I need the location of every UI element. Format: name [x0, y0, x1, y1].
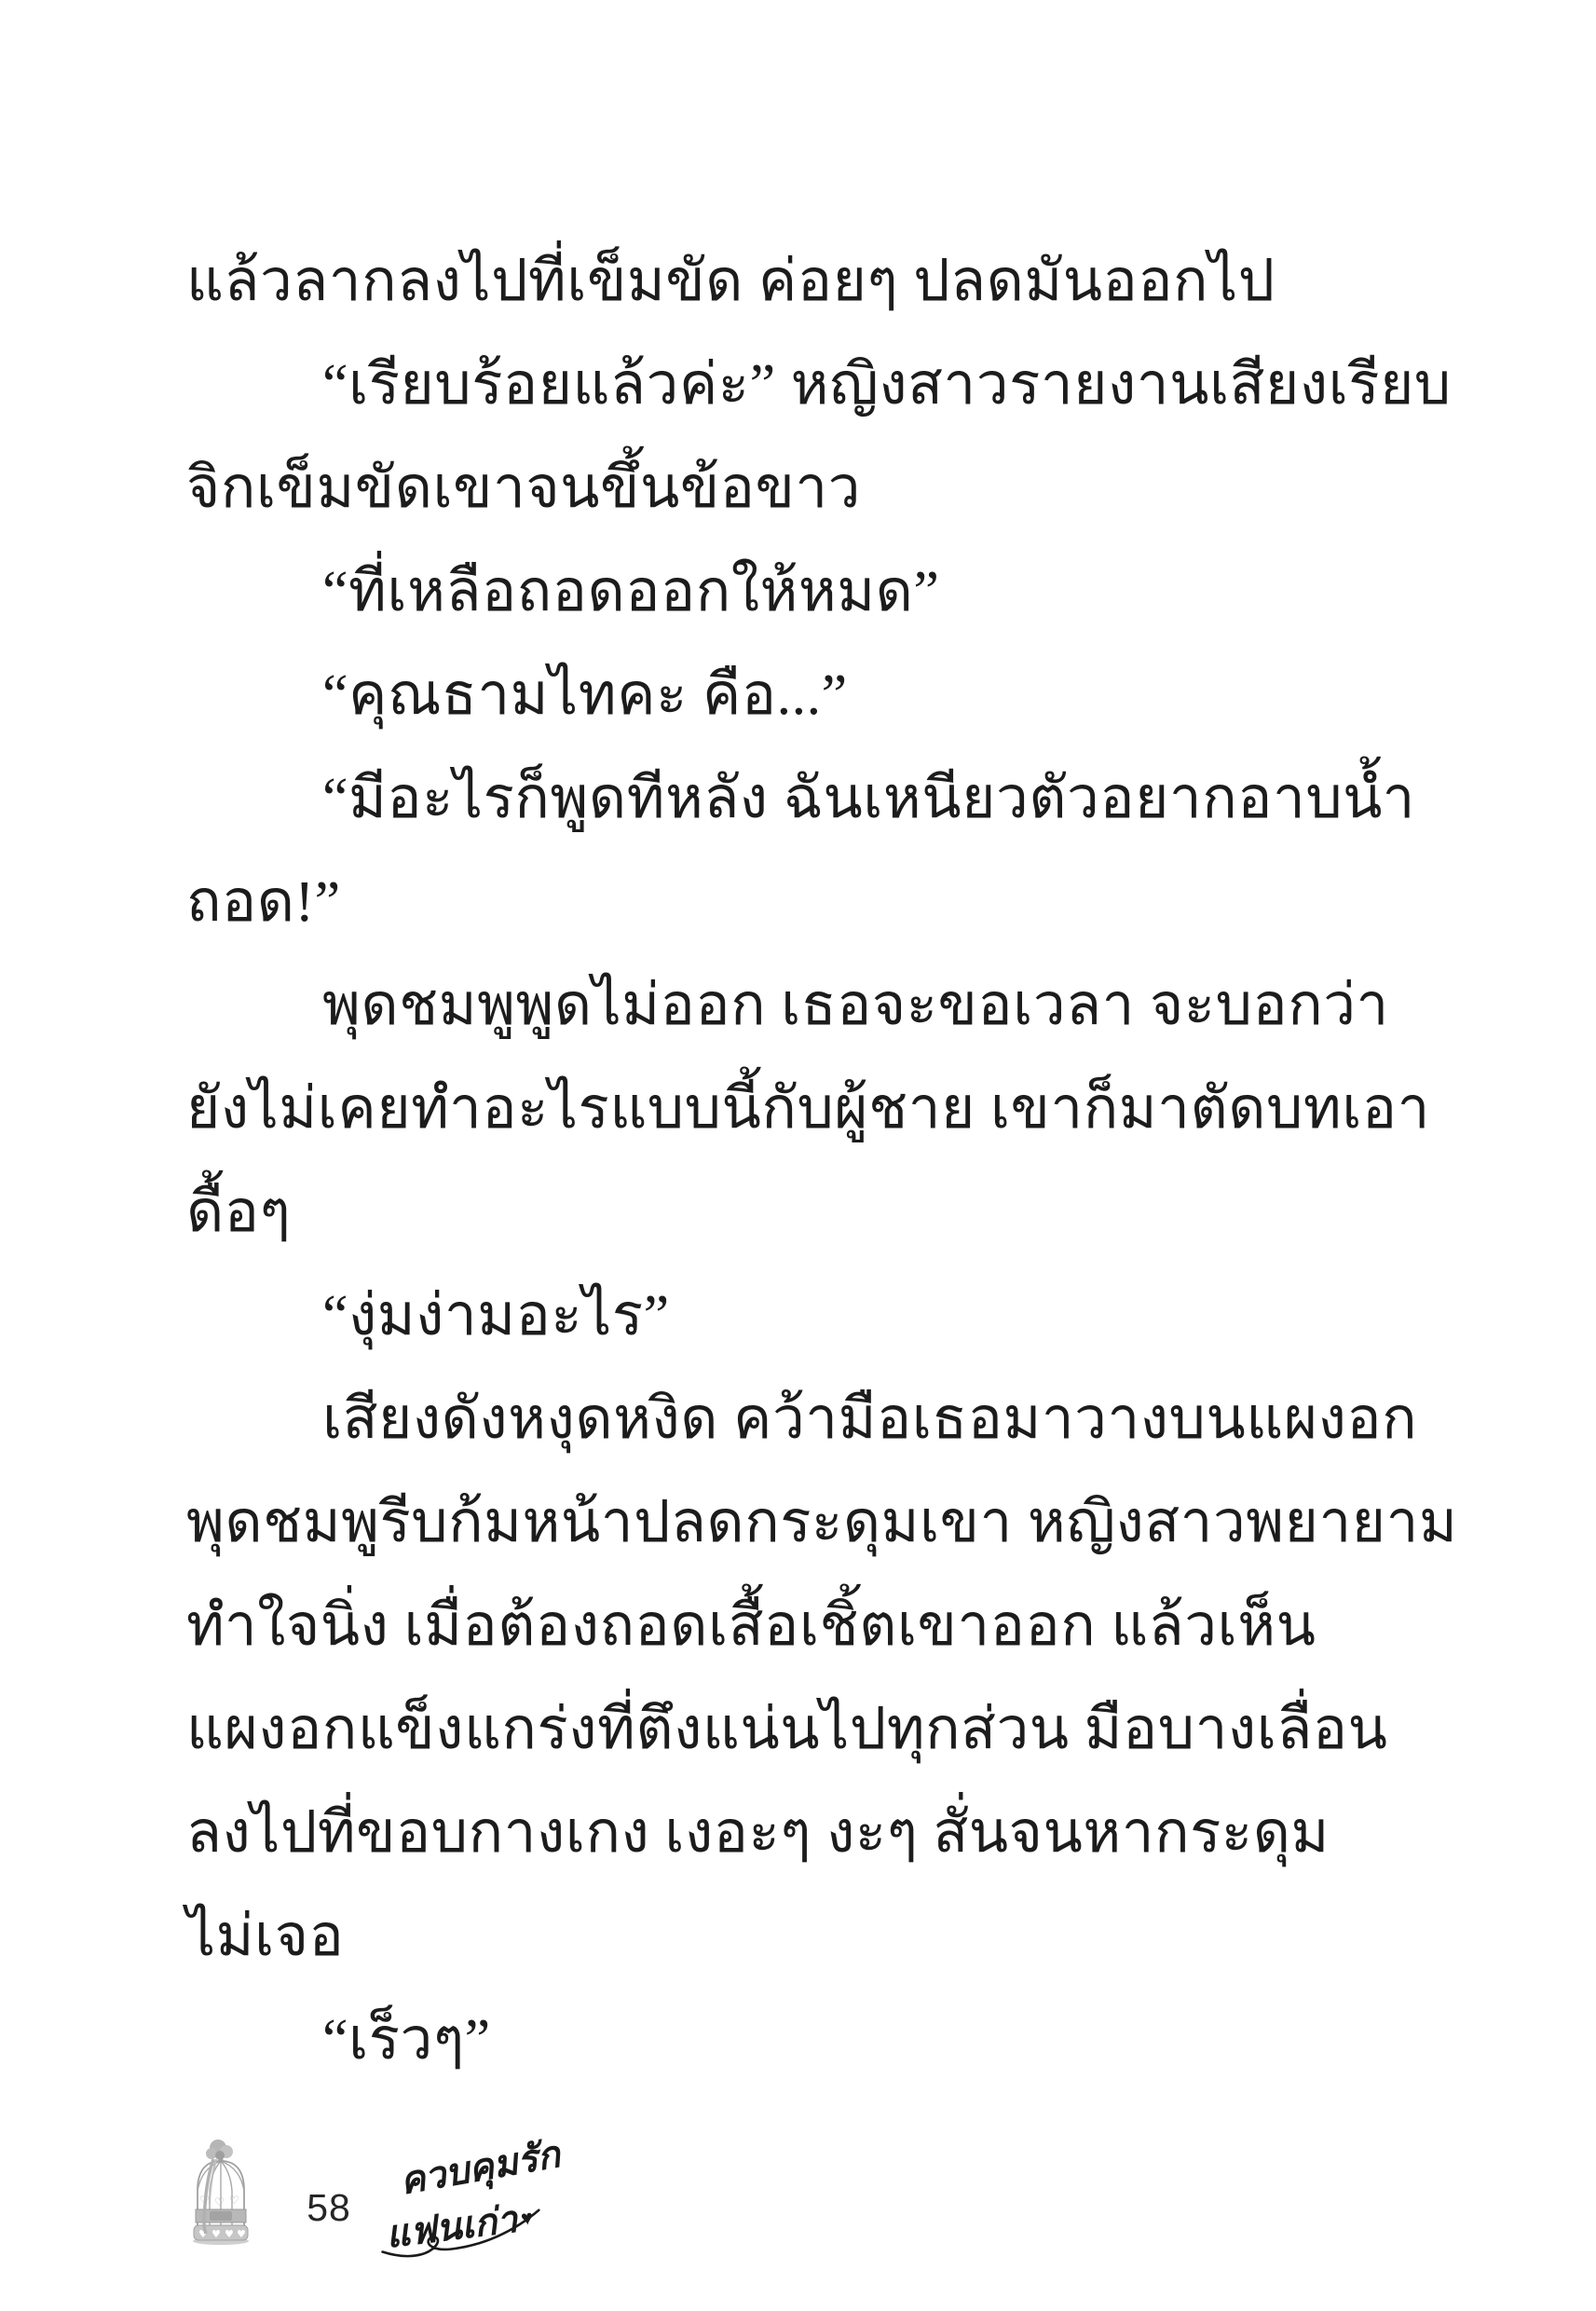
text-line: ทำใจนิ่ง เมื่อต้องถอดเสื้อเชิ้ตเขาออก แล… [186, 1575, 1351, 1678]
svg-text:♥: ♥ [211, 2228, 221, 2240]
text-line: “งุ่มง่ามอะไร” [186, 1265, 1351, 1368]
svg-text:♡: ♡ [229, 2194, 239, 2207]
text-line: ไม่เจอ [186, 1885, 1351, 1989]
book-title-logo: ควบคุมรัก แฟนเก่า♥ [372, 2132, 547, 2263]
text-line: พุดชมพูพูดไม่ออก เธอจะขอเวลา จะบอกว่า [186, 954, 1351, 1058]
text-line: พุดชมพูรีบก้มหน้าปลดกระดุมเขา หญิงสาวพยา… [186, 1471, 1351, 1575]
text-line: “มีอะไรก็พูดทีหลัง ฉันเหนียวตัวอยากอาบน้… [186, 747, 1351, 851]
text-line: ลงไปที่ขอบกางเกง เงอะๆ งะๆ สั่นจนหากระดุ… [186, 1782, 1351, 1885]
svg-text:♥: ♥ [237, 2228, 246, 2240]
birdcage-icon: ♡ ♡ ♡ ♥ ♥ ♥ ♥ [184, 2137, 257, 2247]
text-line: จิกเข็มขัดเขาจนขึ้นข้อขาว [186, 437, 1351, 540]
text-line: ถอด!” [186, 851, 1351, 954]
text-line: แล้วลากลงไปที่เข็มขัด ค่อยๆ ปลดมันออกไป [186, 230, 1351, 334]
text-line: แผงอกแข็งแกร่งที่ตึงแน่นไปทุกส่วน มือบาง… [186, 1678, 1351, 1782]
text-line: “คุณธามไทคะ คือ...” [186, 644, 1351, 747]
text-line: “เร็วๆ” [186, 1989, 1351, 2092]
page-footer: ♡ ♡ ♡ ♥ ♥ ♥ ♥ 58 ควบคุมรัก [0, 2125, 1596, 2274]
page-number: 58 [292, 2186, 366, 2230]
text-line: “เรียบร้อยแล้วค่ะ” หญิงสาวรายงานเสียงเรี… [186, 334, 1351, 437]
text-line: ดื้อๆ [186, 1161, 1351, 1265]
text-line: เสียงดังหงุดหงิด คว้ามือเธอมาวางบนแผงอก [186, 1368, 1351, 1471]
book-page: แล้วลากลงไปที่เข็มขัด ค่อยๆ ปลดมันออกไป“… [0, 0, 1596, 2311]
text-line: “ที่เหลือถอดออกให้หมด” [186, 540, 1351, 644]
svg-text:♥: ♥ [225, 2228, 234, 2240]
svg-text:♡: ♡ [214, 2195, 225, 2208]
body-text: แล้วลากลงไปที่เข็มขัด ค่อยๆ ปลดมันออกไป“… [186, 230, 1351, 2092]
text-line: ยังไม่เคยทำอะไรแบบนี้กับผู้ชาย เขาก็มาตั… [186, 1058, 1351, 1161]
